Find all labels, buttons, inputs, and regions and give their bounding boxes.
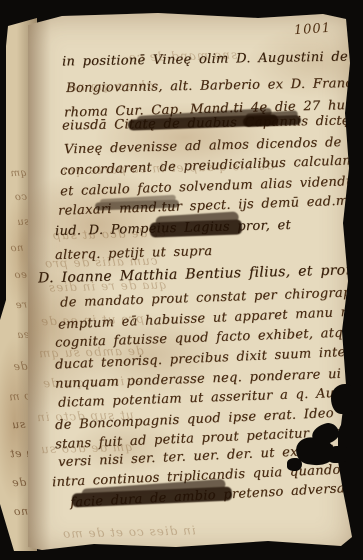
manuscript-photo: ad qm de co et su qm no ab eo de re in e… xyxy=(0,0,363,560)
folio-number: 1001 xyxy=(294,21,332,39)
manuscript-page: 1001 sno mand de co ab eo qm no de his q… xyxy=(28,13,354,555)
manuscript-line: alterq. petijt ut supra xyxy=(55,244,213,263)
paper-hole xyxy=(287,458,302,471)
paper-hole xyxy=(331,384,357,414)
paper-hole xyxy=(326,446,350,463)
ink-strikethrough xyxy=(243,115,301,127)
ink-strikethrough xyxy=(150,219,242,237)
showthrough-text: in dies co et de mo xyxy=(62,523,196,540)
manuscript-line: Vineę devenisse ad almos dicendos de qui… xyxy=(64,134,354,158)
manuscript-line: in positionē Vineę olim D. Augustini de xyxy=(62,50,348,70)
